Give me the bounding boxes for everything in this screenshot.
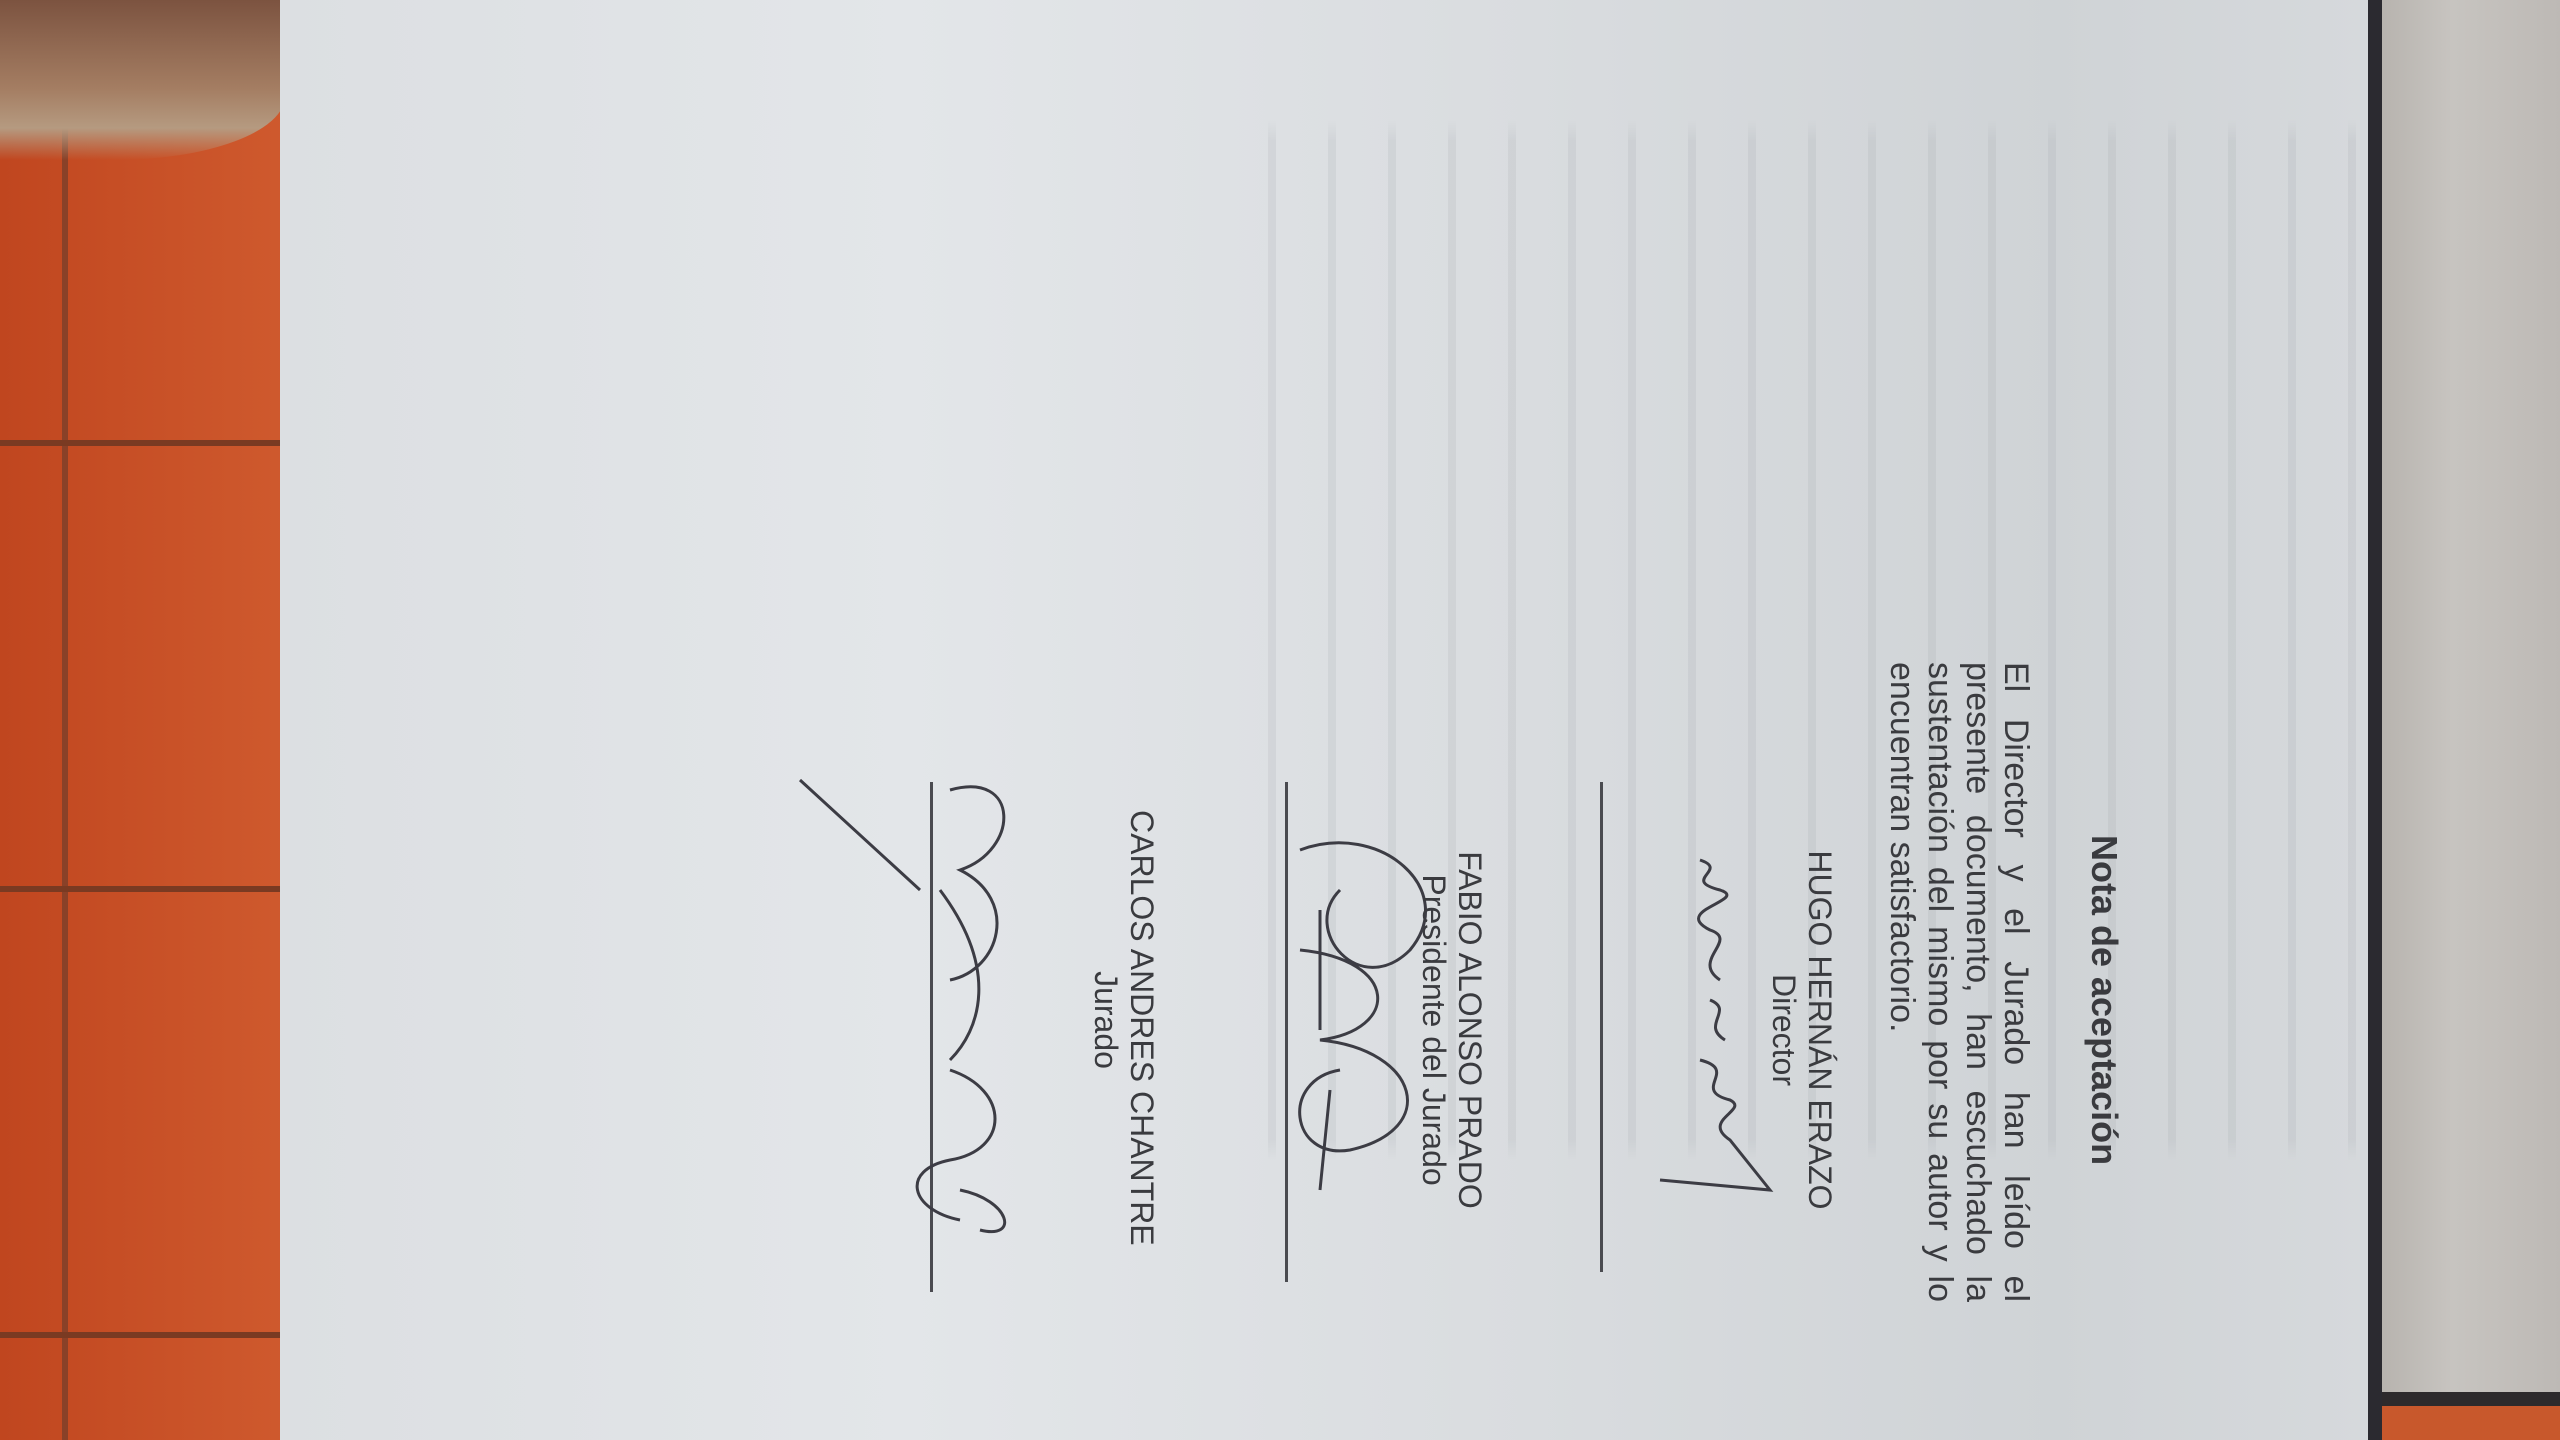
signatory-role-0: Director [1765,820,1802,1240]
signatory-name-0: HUGO HERNÁN ERAZO [1801,820,1838,1240]
signatory-name-1: FABIO ALONSO PRADO [1451,820,1488,1240]
page-title: Nota de aceptación [2083,835,2125,1165]
floor-tiles-background [0,0,290,1440]
floor-tile-corner [2380,1406,2560,1440]
grey-floor-background [2380,0,2560,1395]
bleed-through-text [280,0,2368,1440]
signature-jurado [780,770,1080,1240]
folder-edge [2366,0,2382,1440]
fabric-corner [0,0,285,160]
signatory-name-2: CARLOS ANDRES CHANTRE [1123,810,1160,1230]
document-page: Nota de aceptación El Director y el Jura… [280,0,2368,1440]
signature-line-director [1600,782,1603,1272]
signatory-role-2: Jurado [1087,810,1124,1230]
floor-edge [2380,1392,2560,1406]
signatory-role-1: Presidente del Jurado [1415,820,1452,1240]
acceptance-paragraph: El Director y el Jurado han leído el pre… [1883,662,2035,1302]
